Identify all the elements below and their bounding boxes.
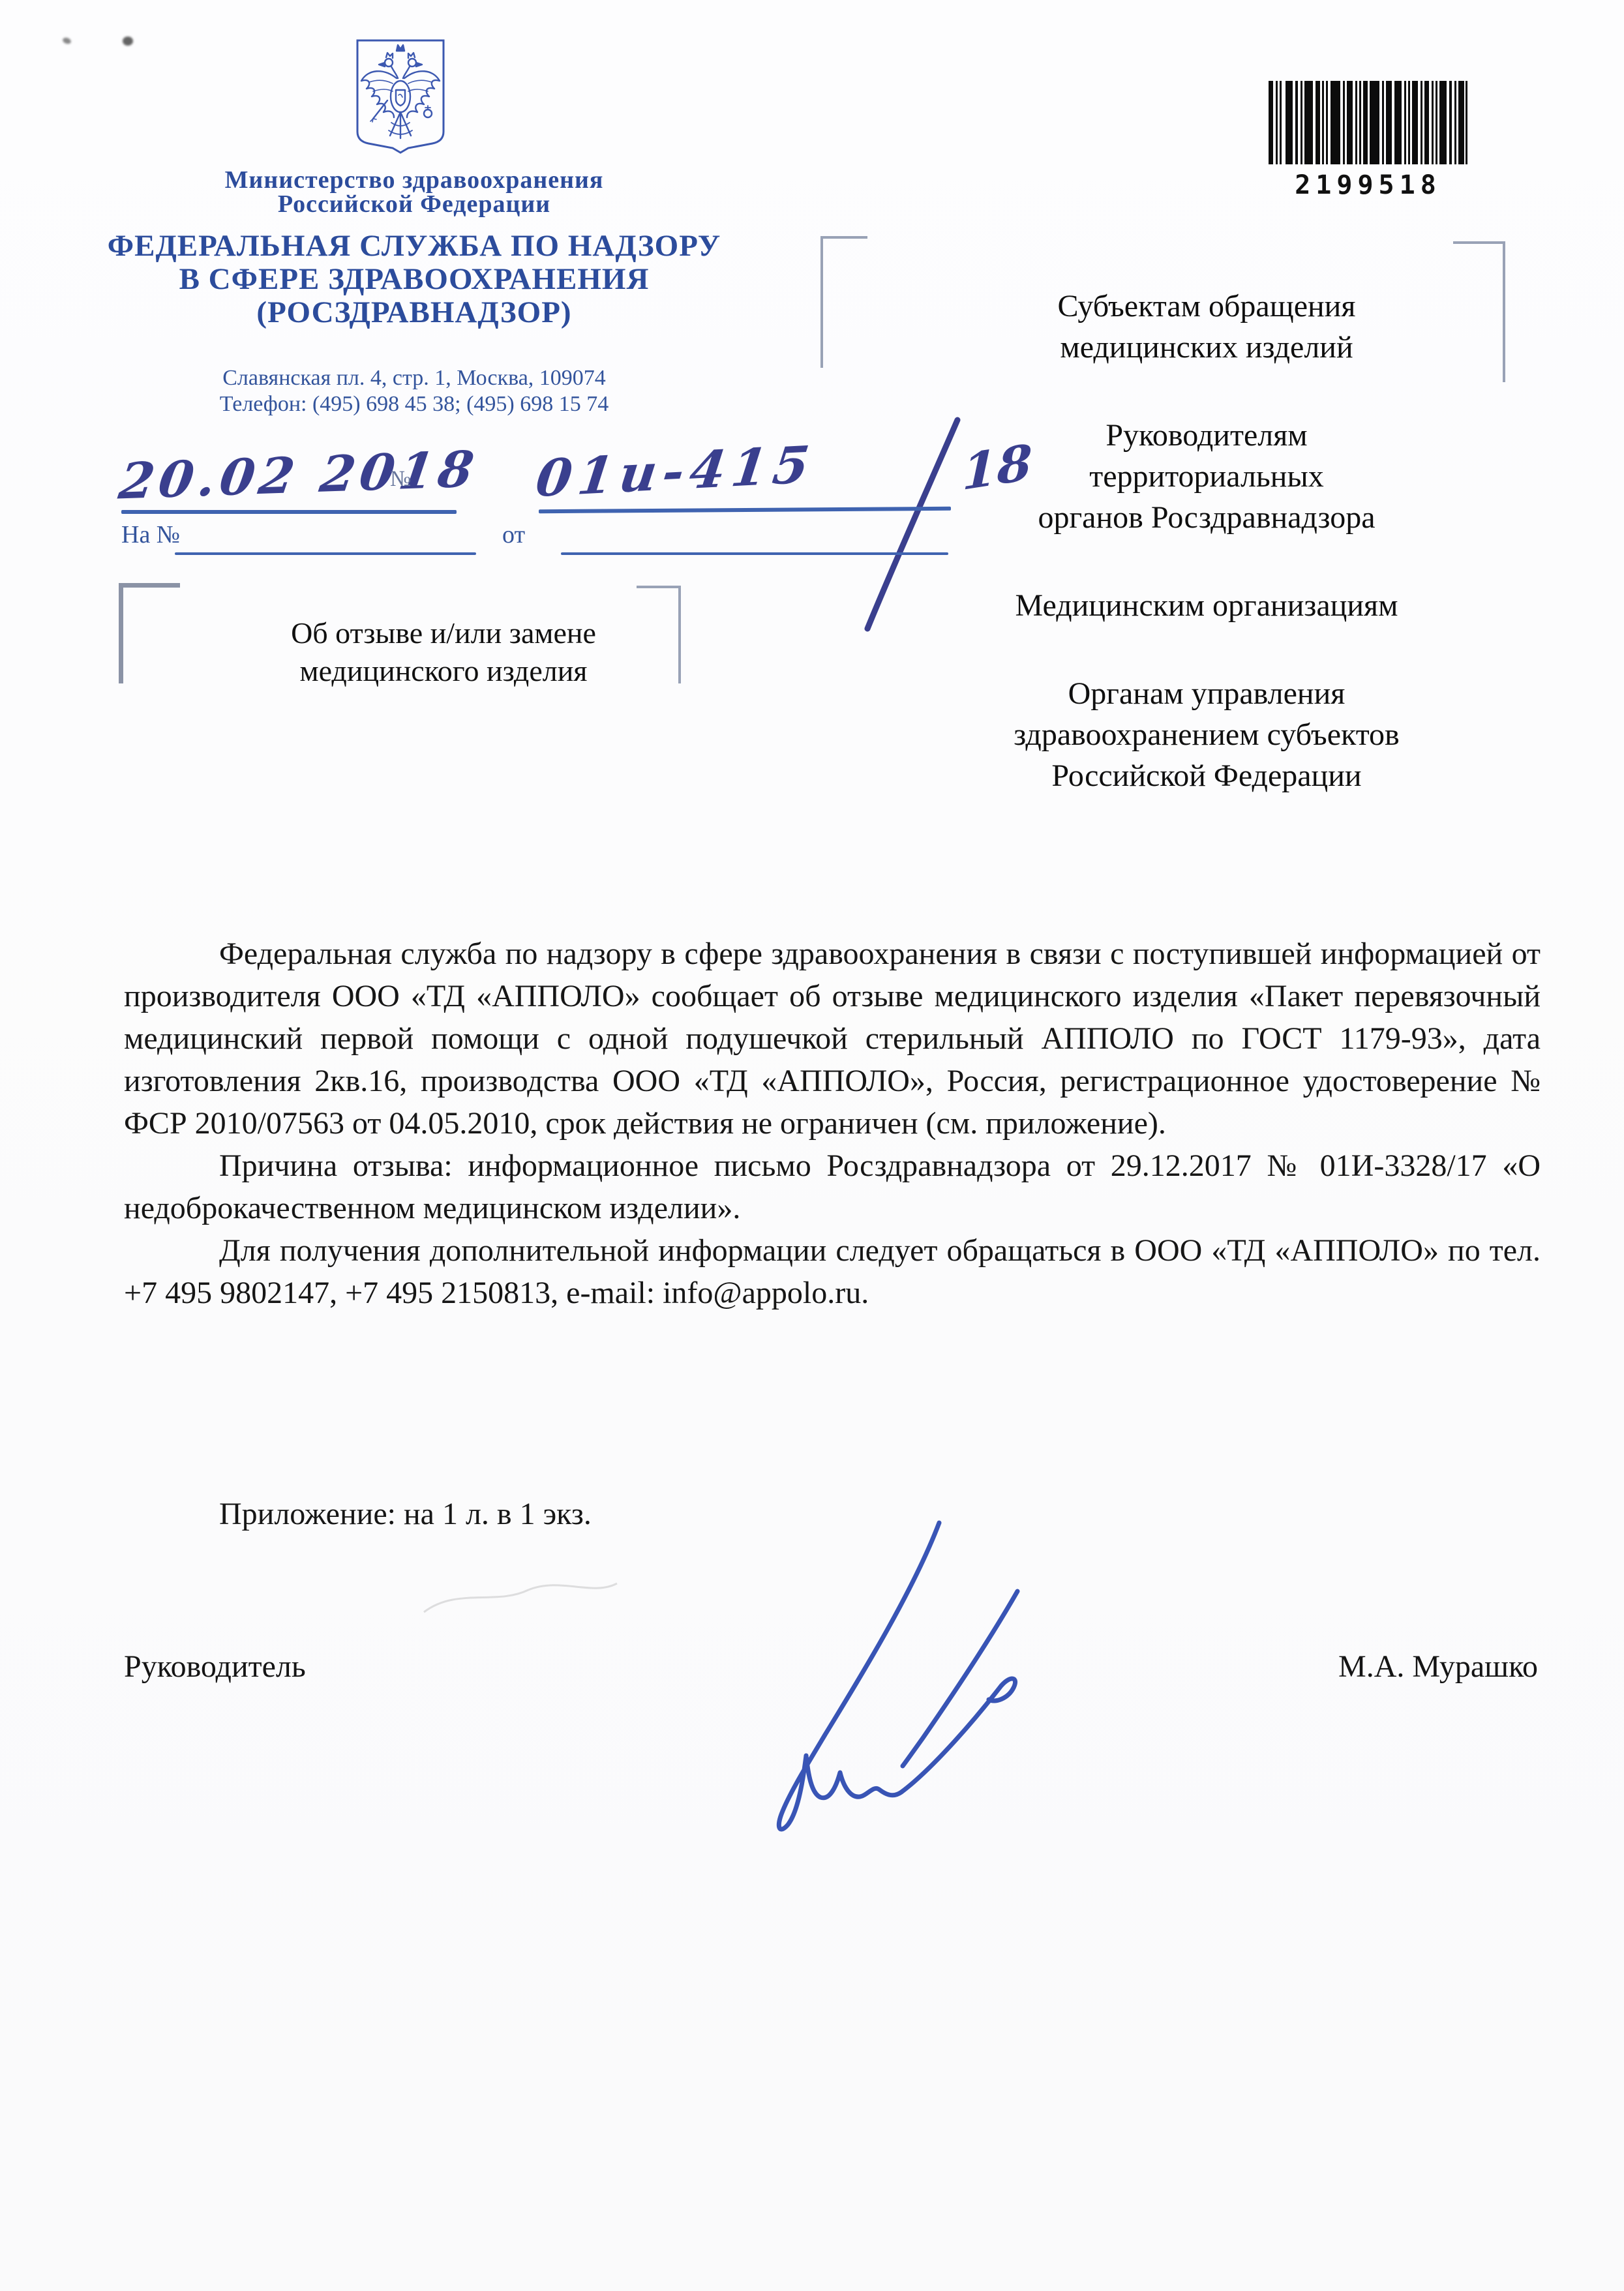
russian-coat-of-arms-icon: [351, 37, 450, 154]
service-name: ФЕДЕРАЛЬНАЯ СЛУЖБА ПО НАДЗОРУ В СФЕРЕ ЗД…: [78, 230, 750, 329]
recipient-item: Медицинским организациям: [887, 585, 1526, 626]
pencil-mark: [417, 1560, 626, 1628]
addressee-corner-mark: [820, 236, 823, 368]
handwritten-signature: [600, 1513, 1057, 1842]
recipient-item: Органам управления здравоохранением субъ…: [887, 673, 1526, 796]
barcode-bars: [1269, 81, 1467, 164]
ministry-name: Министерство здравоохранения Российской …: [104, 168, 724, 217]
body-paragraph: Федеральная служба по надзору в сфере зд…: [124, 933, 1541, 1145]
handwritten-number: 01и-415: [533, 435, 819, 509]
recipients-block: Субъектам обращения медицинских изделий …: [887, 286, 1526, 843]
number-sign-label: №: [390, 467, 411, 492]
addressee-corner-mark: [820, 236, 867, 239]
scan-speck: [123, 37, 133, 46]
signer-name: М.А. Мурашко: [1338, 1649, 1538, 1685]
reply-to-label: На №: [121, 520, 180, 549]
scanned-letter-page: Министерство здравоохранения Российской …: [0, 0, 1624, 2291]
date-underline: [121, 510, 457, 514]
body-paragraph: Для получения дополнительной информации …: [124, 1229, 1541, 1314]
subject-corner-mark: [119, 583, 180, 588]
handwritten-date: 20.02 2018: [115, 440, 482, 511]
recipient-item: Субъектам обращения медицинских изделий: [887, 286, 1526, 368]
subject-line: Об отзыве и/или замене медицинского изде…: [215, 614, 672, 690]
attachment-note: Приложение: на 1 л. в 1 экз.: [219, 1496, 592, 1532]
subject-corner-mark: [119, 583, 123, 683]
letterhead-address: Славянская пл. 4, стр. 1, Москва, 109074…: [104, 365, 724, 417]
letter-body: Федеральная служба по надзору в сфере зд…: [124, 933, 1541, 1314]
subject-corner-mark: [678, 586, 681, 683]
signer-role: Руководитель: [124, 1649, 306, 1685]
addressee-corner-mark: [1453, 241, 1505, 244]
reply-number-blank-underline: [175, 552, 476, 555]
recipient-item: Руководителям территориальных органов Ро…: [887, 415, 1526, 538]
body-paragraph: Причина отзыва: информационное письмо Ро…: [124, 1145, 1541, 1229]
subject-corner-mark: [637, 586, 681, 588]
barcode-number: 2199518: [1269, 170, 1467, 200]
reply-from-label: от: [502, 520, 525, 549]
scan-speck: [62, 37, 72, 45]
barcode: 2199518: [1269, 81, 1467, 200]
